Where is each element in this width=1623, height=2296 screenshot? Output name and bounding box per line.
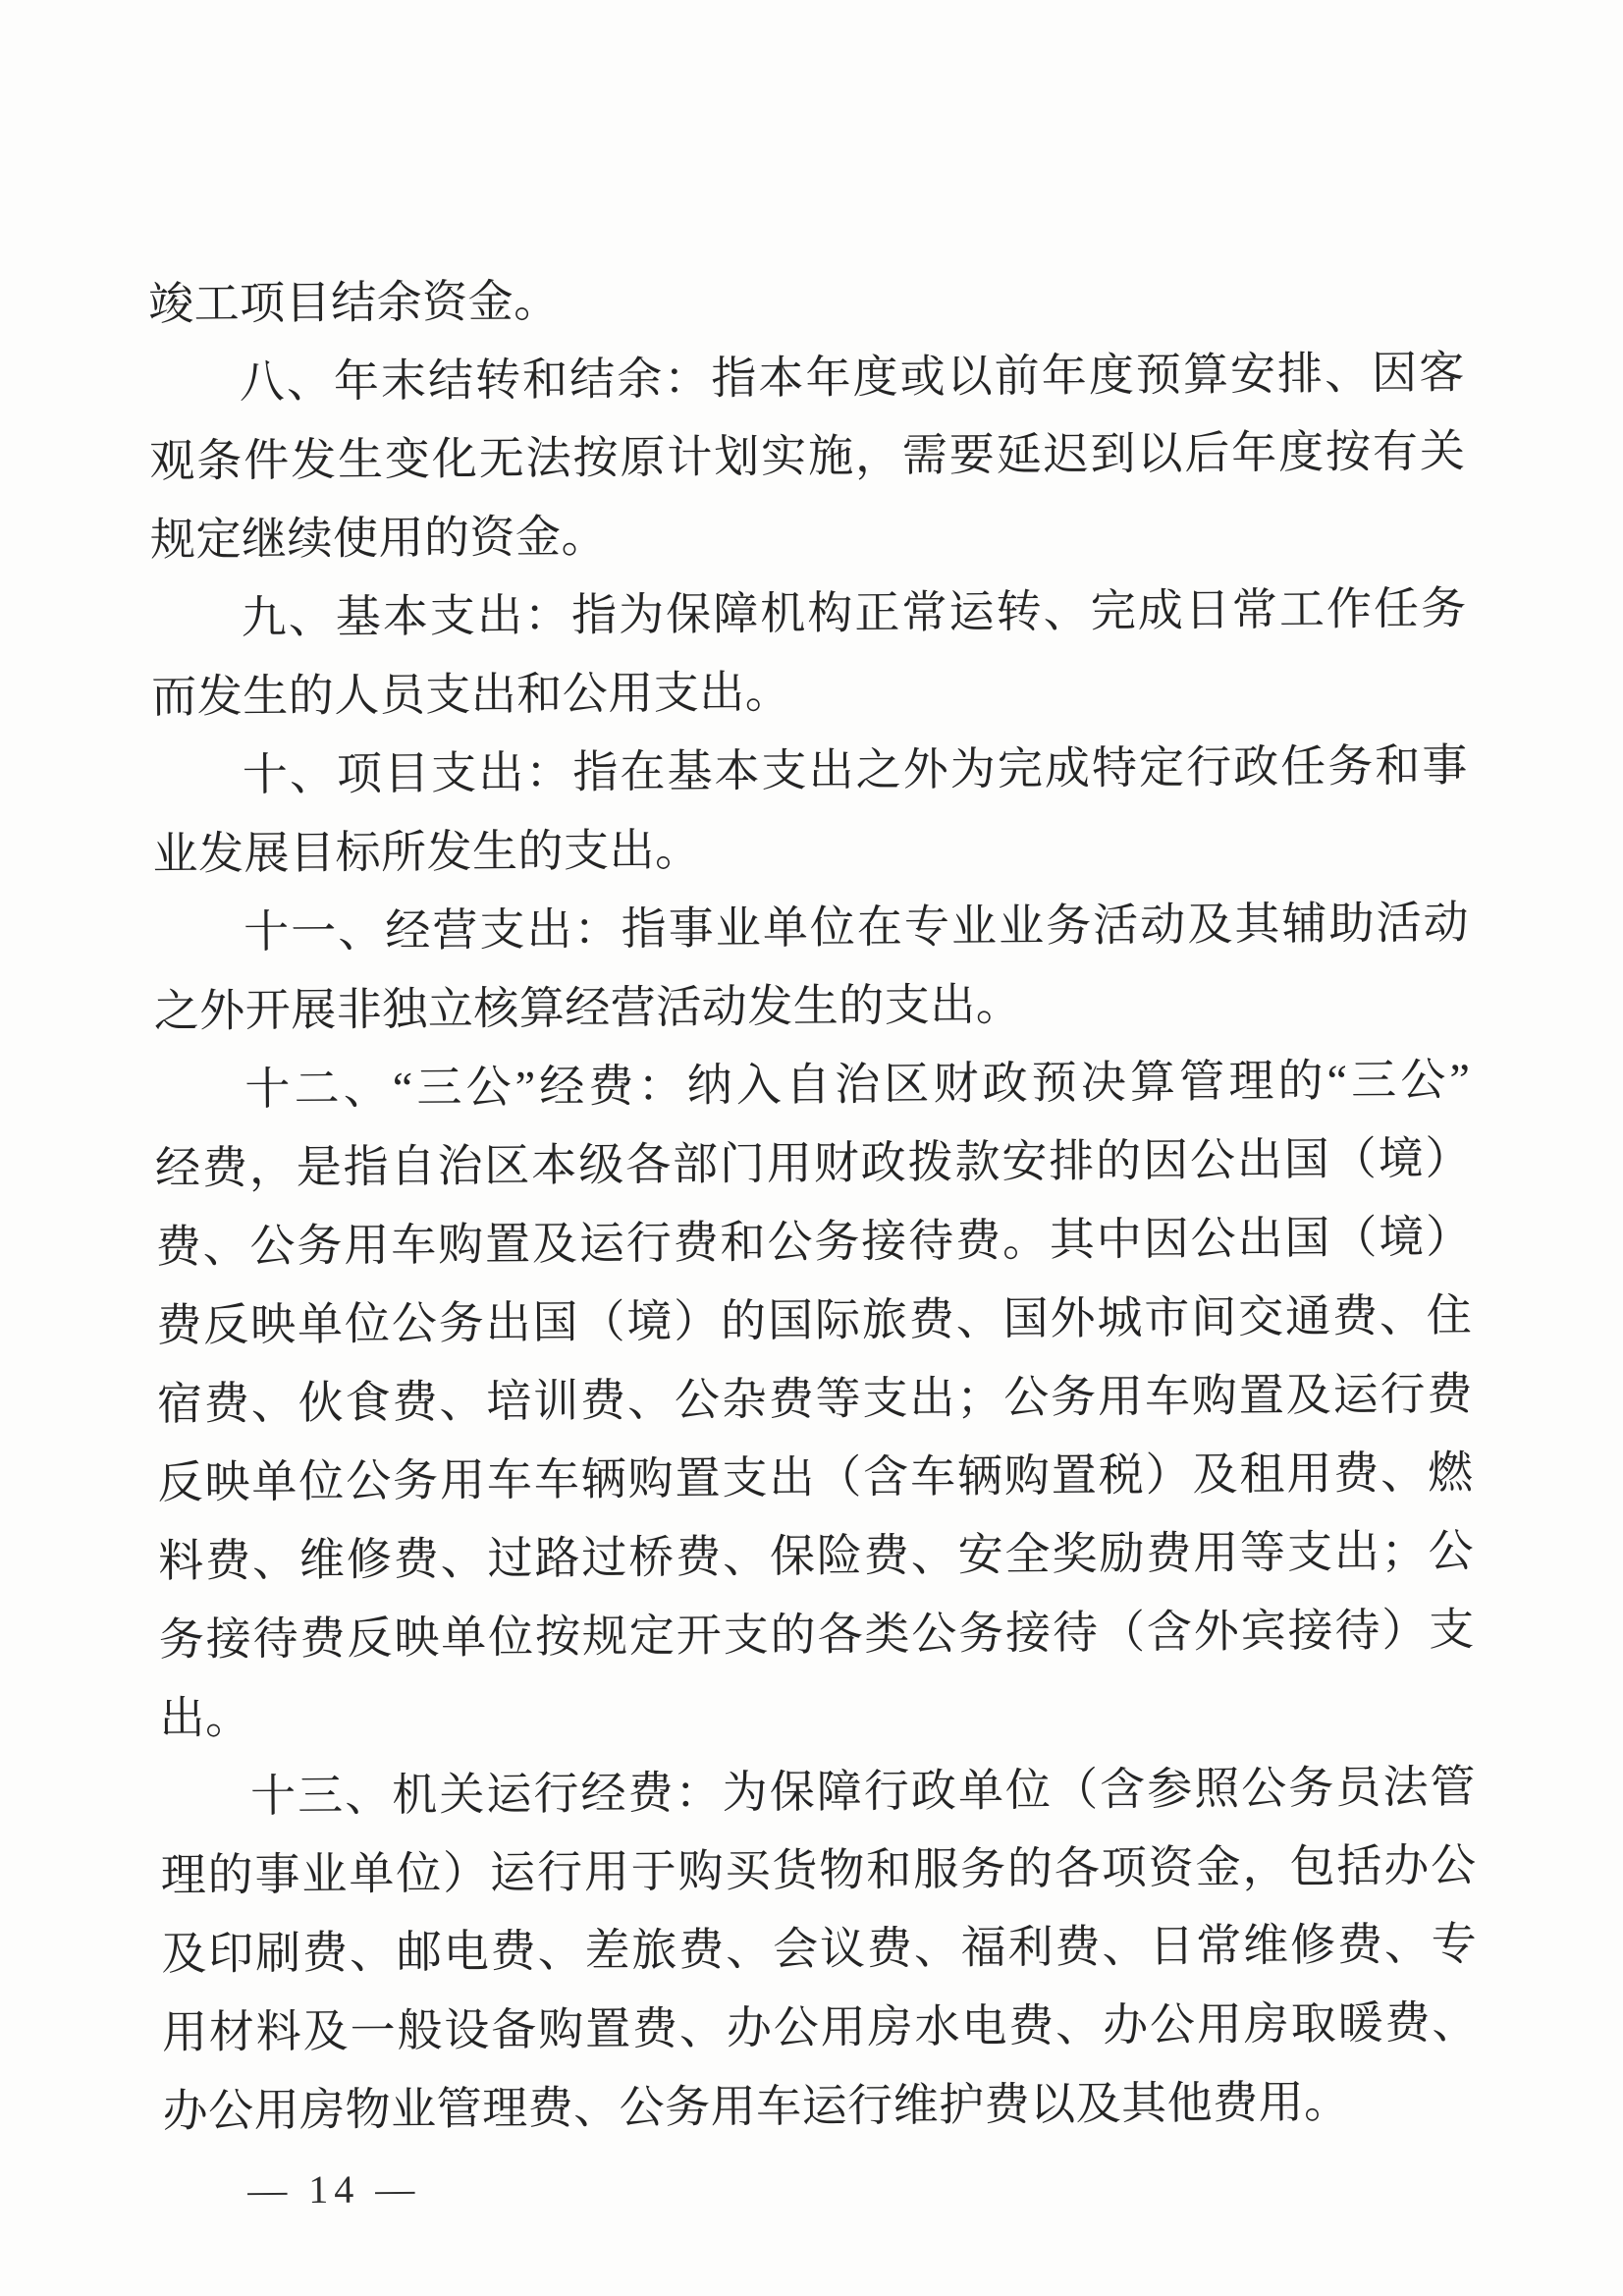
scanned-document-page: 竣工项目结余资金。八、年末结转和结余：指本年度或以前年度预算安排、因客观条件发生…: [0, 0, 1623, 2296]
text-line: 及印刷费、邮电费、差旅费、会议费、福利费、日常维修费、专: [161, 1905, 1478, 1995]
text-line: 反映单位公务用车车辆购置支出（含车辆购置税）及租用费、燃: [157, 1434, 1474, 1523]
scan-content: 竣工项目结余资金。八、年末结转和结余：指本年度或以前年度预算安排、因客观条件发生…: [0, 0, 1623, 2296]
text-line: 办公用房物业管理费、公务用车运行维护费以及其他费用。: [162, 2062, 1479, 2152]
text-line: 用材料及一般设备购置费、办公用房水电费、办公用房取暖费、: [162, 1984, 1479, 2073]
paragraph: 九、基本支出：指为保障机构正常运转、完成日常工作任务而发生的人员支出和公用支出。: [150, 570, 1467, 738]
text-line: 十一、经营支出：指事业单位在专业业务活动及其辅助活动: [153, 884, 1470, 973]
text-line: 九、基本支出：指为保障机构正常运转、完成日常工作任务: [150, 570, 1467, 659]
paragraph: 十二、“三公”经费：纳入自治区财政预决算管理的“三公”经费，是指自治区本级各部门…: [154, 1041, 1476, 1759]
document-text: 竣工项目结余资金。八、年末结转和结余：指本年度或以前年度预算安排、因客观条件发生…: [148, 255, 1479, 2151]
text-line: 宿费、伙食费、培训费、公杂费等支出；公务用车购置及运行费: [157, 1355, 1474, 1445]
page-number: — 14 —: [247, 2161, 420, 2217]
text-line: 八、年末结转和结余：指本年度或以前年度预算安排、因客: [148, 334, 1465, 423]
paragraph: 十一、经营支出：指事业单位在专业业务活动及其辅助活动之外开展非独立核算经营活动发…: [153, 884, 1470, 1052]
text-line: 务接待费反映单位按规定开支的各类公务接待（含外宾接待）支: [159, 1591, 1476, 1680]
text-line: 料费、维修费、过路过桥费、保险费、安全奖励费用等支出；公: [158, 1512, 1475, 1602]
text-line: 业发展目标所发生的支出。: [152, 805, 1469, 895]
text-line: 十二、“三公”经费：纳入自治区财政预决算管理的“三公”: [154, 1041, 1471, 1130]
text-line: 竣工项目结余资金。: [148, 255, 1465, 345]
text-line: 规定继续使用的资金。: [150, 491, 1467, 580]
text-line: 费反映单位公务出国（境）的国际旅费、国外城市间交通费、住: [156, 1277, 1473, 1366]
text-line: 观条件发生变化无法按原计划实施，需要延迟到以后年度按有关: [149, 412, 1466, 502]
text-line: 十三、机关运行经费：为保障行政单位（含参照公务员法管: [160, 1748, 1477, 1837]
paragraph: 八、年末结转和结余：指本年度或以前年度预算安排、因客观条件发生变化无法按原计划实…: [148, 334, 1466, 580]
text-line: 而发生的人员支出和公用支出。: [151, 648, 1468, 738]
text-line: 经费，是指自治区本级各部门用财政拨款安排的因公出国（境）: [155, 1120, 1472, 1209]
text-line: 之外开展非独立核算经营活动发生的支出。: [153, 962, 1470, 1052]
text-line: 费、公务用车购置及运行费和公务接待费。其中因公出国（境）: [155, 1198, 1472, 1287]
text-line: 十、项目支出：指在基本支出之外为完成特定行政任务和事: [152, 727, 1469, 816]
text-line: 理的事业单位）运行用于购买货物和服务的各项资金，包括办公: [160, 1827, 1477, 1916]
paragraph: 十三、机关运行经费：为保障行政单位（含参照公务员法管理的事业单位）运行用于购买货…: [160, 1748, 1479, 2152]
paragraph: 十、项目支出：指在基本支出之外为完成特定行政任务和事业发展目标所发生的支出。: [152, 727, 1469, 895]
text-line: 出。: [159, 1669, 1476, 1759]
paragraph: 竣工项目结余资金。: [148, 255, 1465, 345]
